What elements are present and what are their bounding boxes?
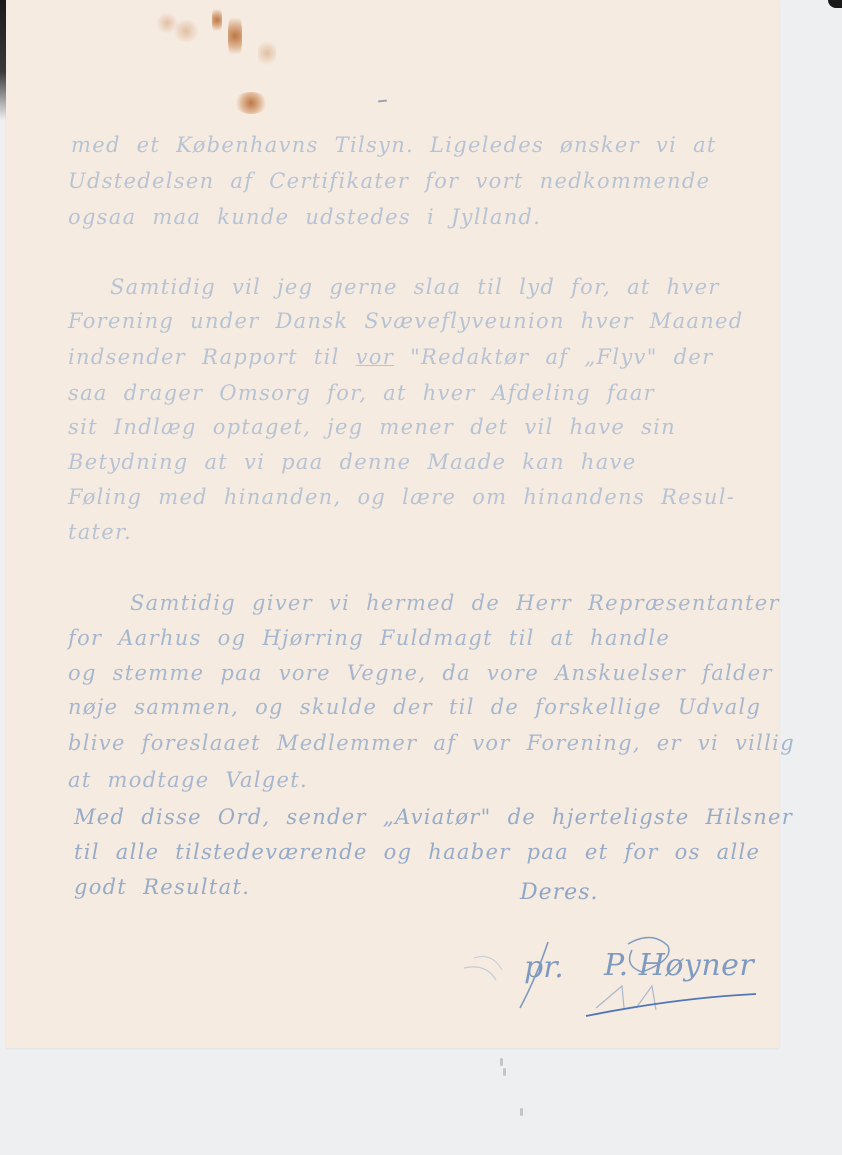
letter-line: og stemme paa vore Vegne, da vore Anskue…: [68, 663, 773, 684]
letter-line: at modtage Valget.: [68, 770, 308, 791]
scan-speck: [520, 1108, 523, 1116]
letter-line: indsender Rapport til vor "Redaktør af „…: [68, 347, 713, 368]
scan-speck: [500, 1058, 503, 1066]
signature-name: P. Høyner: [604, 948, 754, 983]
text-segment: indsender Rapport til: [68, 345, 356, 369]
rust-stain: [212, 6, 222, 34]
letter-line: Udstedelsen af Certifikater for vort ned…: [68, 171, 710, 192]
letter-page: med et Københavns Tilsyn. Ligeledes ønsk…: [6, 0, 779, 1048]
signature-prefix: pr.: [524, 950, 564, 985]
rust-stain: [258, 38, 276, 68]
letter-line: Betydning at vi paa denne Maade kan have: [68, 452, 636, 473]
closing-salutation: Deres.: [520, 880, 598, 905]
underlined-word: vor: [356, 345, 394, 369]
letter-line: ogsaa maa kunde udstedes i Jylland.: [68, 207, 541, 228]
letter-line: blive foreslaaet Medlemmer af vor Foreni…: [68, 733, 795, 754]
letter-line: Samtidig giver vi hermed de Herr Repræse…: [130, 593, 780, 614]
letter-line: godt Resultat.: [74, 877, 250, 898]
rust-stain: [234, 92, 268, 114]
letter-line: for Aarhus og Hjørring Fuldmagt til at h…: [68, 628, 670, 649]
letter-line: Med disse Ord, sender „Aviatør" de hjert…: [74, 807, 793, 828]
letter-line: med et Københavns Tilsyn. Ligeledes ønsk…: [71, 135, 717, 156]
rust-stain: [171, 20, 201, 42]
letter-line: til alle tilstedeværende og haaber paa e…: [74, 842, 760, 863]
text-segment: "Redaktør af „Flyv" der: [394, 345, 713, 369]
scanner-corner-shadow: [828, 0, 842, 8]
scan-speck: [503, 1068, 506, 1076]
top-dash-mark: [378, 100, 387, 103]
letter-line: Føling med hinanden, og lære om hinanden…: [68, 487, 735, 508]
letter-line: tater.: [68, 522, 132, 543]
letter-line: nøje sammen, og skulde der til de forske…: [68, 697, 761, 718]
letter-line: Forening under Dansk Svæveflyveunion hve…: [68, 311, 744, 332]
letter-line: saa drager Omsorg for, at hver Afdeling …: [68, 383, 655, 404]
letter-line: Samtidig vil jeg gerne slaa til lyd for,…: [110, 277, 720, 298]
rust-stain: [228, 12, 242, 60]
letter-line: sit Indlæg optaget, jeg mener det vil ha…: [68, 417, 676, 438]
